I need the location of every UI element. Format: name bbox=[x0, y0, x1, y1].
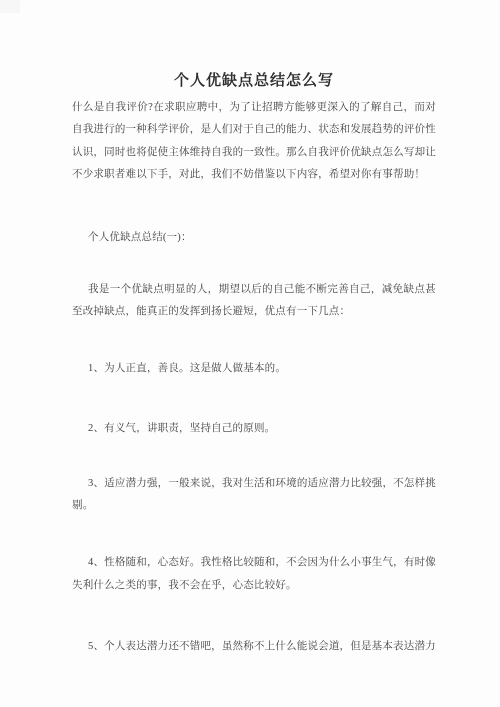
document-title: 个人优缺点总结怎么写 bbox=[72, 0, 436, 92]
section-heading: 个人优缺点总结(一)： bbox=[72, 227, 436, 249]
list-item: 2、有义气，讲职责，坚持自己的原则。 bbox=[72, 418, 436, 440]
list-item: 1、为人正直，善良。这是做人做基本的。 bbox=[72, 358, 436, 380]
list-item: 3、适应潜力强，一般来说，我对生活和环境的适应潜力比较强，不怎样挑剔。 bbox=[72, 473, 436, 518]
document-content: 个人优缺点总结怎么写 什么是自我评价?在求职应聘中，为了让招聘方能够更深入的了解… bbox=[0, 0, 500, 659]
list-item: 5、个人表达潜力还不错吧，虽然称不上什么能说会道，但是基本表达潜力 bbox=[72, 636, 436, 658]
scan-artifact bbox=[0, 0, 20, 13]
intro-paragraph: 什么是自我评价?在求职应聘中，为了让招聘方能够更深入的了解自己，而对自我进行的一… bbox=[72, 97, 436, 187]
list-item: 4、性格随和，心态好。我性格比较随和，不会因为什么小事生气，有时像失利什么之类的… bbox=[72, 552, 436, 597]
document-page: 个人优缺点总结怎么写 什么是自我评价?在求职应聘中，为了让招聘方能够更深入的了解… bbox=[0, 0, 500, 707]
section-intro-paragraph: 我是一个优缺点明显的人，期望以后的自己能不断完善自己，减免缺点甚至改掉缺点，能真… bbox=[72, 279, 436, 324]
